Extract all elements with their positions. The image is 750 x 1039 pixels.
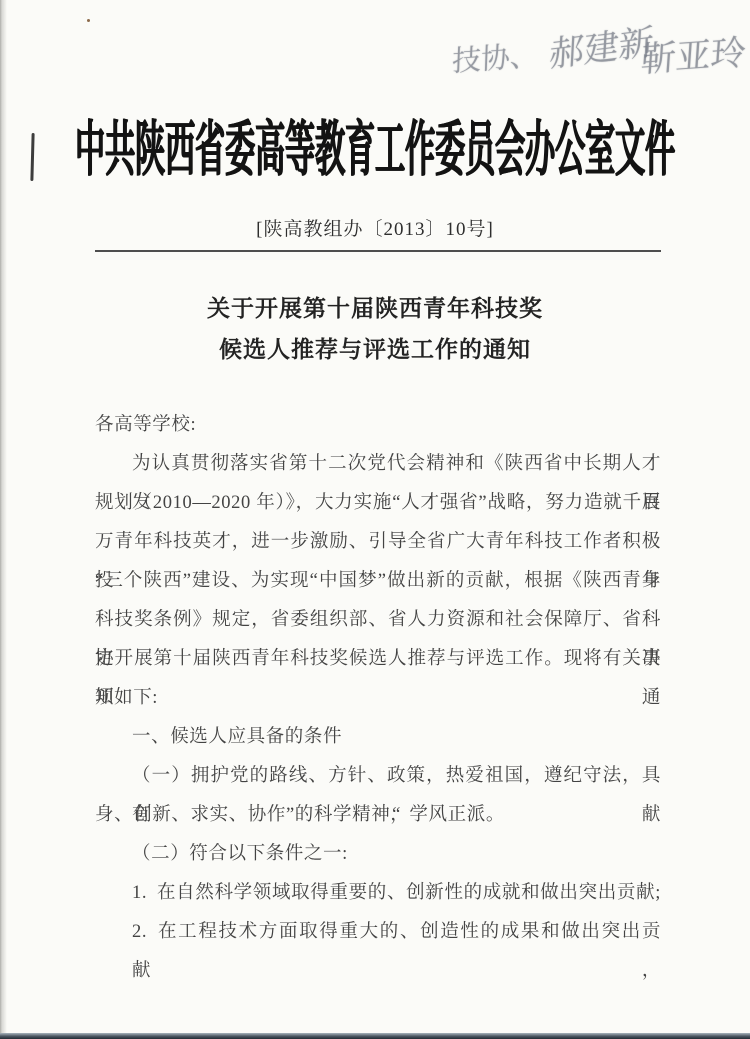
body-line: 科技奖条例》规定，省委组织部、省人力资源和社会保障厅、省科协决 bbox=[95, 601, 661, 640]
body-line: 各高等学校: bbox=[95, 406, 661, 445]
document-body: 各高等学校:为认真贯彻落实省第十二次党代会精神和《陕西省中长期人才发展规划（20… bbox=[95, 406, 661, 952]
body-line: 万青年科技英才，进一步激励、引导全省广大青年科技工作者积极投身 bbox=[95, 523, 661, 562]
handwritten-annotation-2: 郝建新 bbox=[548, 14, 655, 77]
scanned-document-page: 技协、 郝建新 靳亚玲 中共陕西省委高等教育工作委员会办公室文件 [陕高教组办〔… bbox=[0, 0, 750, 1039]
body-line: 规划（2010—2020 年）》，大力实施“人才强省”战略，努力造就千百 bbox=[95, 484, 661, 523]
handwritten-annotation-3: 靳亚玲 bbox=[639, 25, 747, 83]
notice-title-line1: 关于开展第十届陕西青年科技奖 bbox=[0, 290, 750, 323]
body-line: 定开展第十届陕西青年科技奖候选人推荐与评选工作。现将有关事项通 bbox=[95, 640, 661, 679]
body-line: （二）符合以下条件之一: bbox=[95, 835, 661, 874]
scan-bottom-edge bbox=[0, 1033, 750, 1039]
body-line: （一）拥护党的路线、方针、政策，热爱祖国，遵纪守法，具有“献 bbox=[95, 757, 661, 796]
document-number: [陕高教组办〔2013〕10号] bbox=[0, 214, 750, 241]
body-line: 为认真贯彻落实省第十二次党代会精神和《陕西省中长期人才发展 bbox=[95, 445, 661, 484]
body-line: 2. 在工程技术方面取得重大的、创造性的成果和做出突出贡献， bbox=[95, 913, 661, 952]
paper-speck bbox=[87, 19, 90, 22]
handwritten-annotation-1: 技协、 bbox=[451, 33, 539, 80]
notice-title-line2: 候选人推荐与评选工作的通知 bbox=[0, 331, 750, 364]
body-line: “三个陕西”建设、为实现“中国梦”做出新的贡献，根据《陕西青年 bbox=[95, 562, 661, 601]
body-line: 一、候选人应具备的条件 bbox=[95, 718, 661, 757]
letterhead-divider-rule bbox=[95, 250, 661, 252]
body-line: 1. 在自然科学领域取得重要的、创新性的成就和做出突出贡献; bbox=[95, 874, 661, 913]
letterhead-org-title: 中共陕西省委高等教育工作委员会办公室文件 bbox=[0, 100, 750, 188]
